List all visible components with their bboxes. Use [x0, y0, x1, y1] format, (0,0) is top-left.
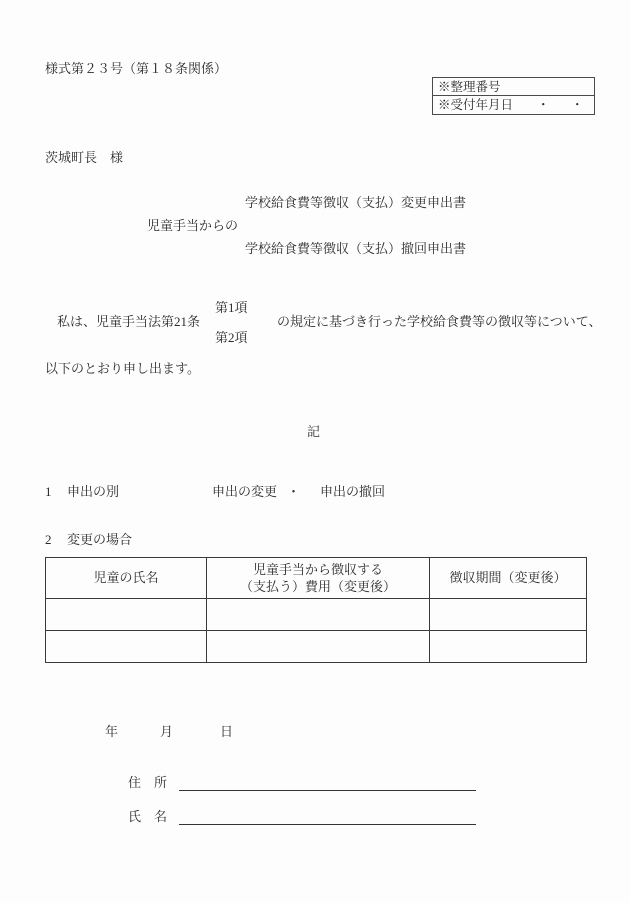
item1-label: 申出の別: [67, 484, 119, 500]
item1-option-withdrawal: 申出の撤回: [320, 484, 385, 500]
header-fee: 児童手当から徴収する （支払う）費用（変更後）: [207, 558, 430, 599]
cell-child-name: [46, 631, 207, 663]
cell-child-name: [46, 599, 207, 631]
title-withdrawal: 学校給食費等徴収（支払）撤回申出書: [245, 241, 466, 257]
header-fee-line1: 児童手当から徴収する: [207, 561, 429, 578]
item2-number: 2: [45, 532, 52, 548]
item1-option-change: 申出の変更: [212, 484, 277, 500]
form-number: 様式第２３号（第１８条関係）: [45, 61, 227, 77]
header-collection-period: 徴収期間（変更後）: [430, 558, 587, 599]
reception-date-label: ※受付年月日: [438, 98, 513, 112]
cell-fee: [207, 631, 430, 663]
date-separator-dot: ・: [571, 96, 584, 114]
date-month-label: 月: [160, 724, 173, 740]
intro-start: 私は、児童手当法第21条: [57, 314, 200, 330]
name-label: 氏 名: [128, 809, 167, 825]
date-day-label: 日: [220, 724, 233, 740]
clause-paragraph-2: 第2項: [215, 330, 248, 346]
date-separator-dot: ・: [537, 96, 550, 114]
table-row: [46, 599, 587, 631]
header-fee-line2: （支払う）費用（変更後）: [207, 578, 429, 595]
item1-number: 1: [45, 484, 52, 500]
ki-heading: 記: [307, 424, 320, 440]
table-row: [46, 631, 587, 663]
office-use-box: ※整理番号 ※受付年月日 ・ ・: [432, 77, 595, 115]
cell-collection-period: [430, 631, 587, 663]
table-header-row: 児童の氏名 児童手当から徴収する （支払う）費用（変更後） 徴収期間（変更後）: [46, 558, 587, 599]
cell-fee: [207, 599, 430, 631]
change-details-table: 児童の氏名 児童手当から徴収する （支払う）費用（変更後） 徴収期間（変更後）: [45, 557, 587, 663]
registration-number-row: ※整理番号: [433, 78, 594, 96]
item2-label: 変更の場合: [67, 532, 132, 548]
title-prefix: 児童手当からの: [147, 218, 238, 234]
intro-end: の規定に基づき行った学校給食費等の徴収等について、: [277, 314, 601, 330]
registration-number-label: ※整理番号: [438, 80, 501, 94]
address-blank-line: [179, 775, 476, 791]
addressee: 茨城町長 様: [45, 150, 123, 166]
intro-line2: 以下のとおり申し出ます。: [45, 361, 200, 377]
form-page: 様式第２３号（第１８条関係） ※整理番号 ※受付年月日 ・ ・ 茨城町長 様 学…: [0, 0, 630, 903]
clause-paragraph-1: 第1項: [215, 300, 248, 316]
cell-collection-period: [430, 599, 587, 631]
header-child-name: 児童の氏名: [46, 558, 207, 599]
address-label: 住 所: [128, 775, 167, 791]
date-year-label: 年: [105, 724, 118, 740]
reception-date-row: ※受付年月日 ・ ・: [433, 96, 594, 114]
title-change: 学校給食費等徴収（支払）変更申出書: [245, 195, 466, 211]
item1-option-separator: ・: [287, 484, 300, 500]
name-blank-line: [179, 809, 476, 825]
